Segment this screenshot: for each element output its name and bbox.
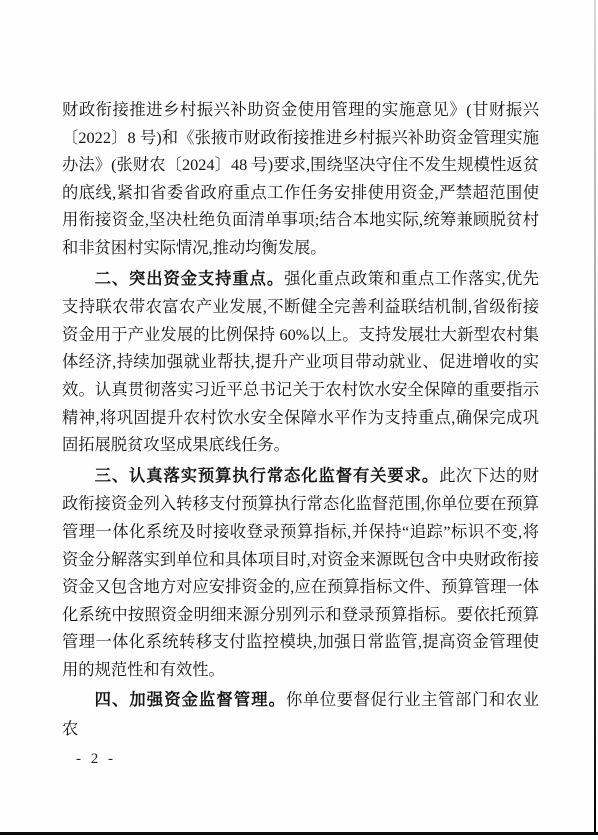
section-heading: 二、突出资金支持重点。 [95, 270, 284, 288]
paragraph-section-3: 三、认真落实预算执行常态化监督有关要求。此次下达的财政衔接资金列入转移支付预算执… [62, 462, 539, 684]
paragraph-text: 强化重点政策和重点工作落实,优先支持联农带农富农产业发展,不断健全完善利益联结机… [62, 269, 539, 455]
scan-edge-line-bottom [0, 832, 598, 835]
page-number: - 2 - [76, 751, 116, 768]
paragraph-text: 此次下达的财政衔接资金列入转移支付预算执行常态化监督范围,你单位要在预算管理一体… [62, 466, 539, 679]
section-heading: 四、加强资金监督管理。 [95, 691, 286, 709]
scan-edge-line-right [594, 0, 596, 834]
document-body: 财政衔接推进乡村振兴补助资金使用管理的实施意见》(甘财振兴〔2022〕8 号)和… [62, 96, 539, 743]
section-heading: 三、认真落实预算执行常态化监督有关要求。 [95, 467, 439, 485]
document-page: 财政衔接推进乡村振兴补助资金使用管理的实施意见》(甘财振兴〔2022〕8 号)和… [0, 0, 598, 840]
paragraph-text: 财政衔接推进乡村振兴补助资金使用管理的实施意见》(甘财振兴〔2022〕8 号)和… [62, 100, 539, 257]
paragraph-section-2: 二、突出资金支持重点。强化重点政策和重点工作落实,优先支持联农带农富农产业发展,… [62, 265, 539, 459]
paragraph-continuation: 财政衔接推进乡村振兴补助资金使用管理的实施意见》(甘财振兴〔2022〕8 号)和… [62, 96, 539, 262]
paragraph-section-4: 四、加强资金监督管理。你单位要督促行业主管部门和农业农 [62, 686, 539, 742]
